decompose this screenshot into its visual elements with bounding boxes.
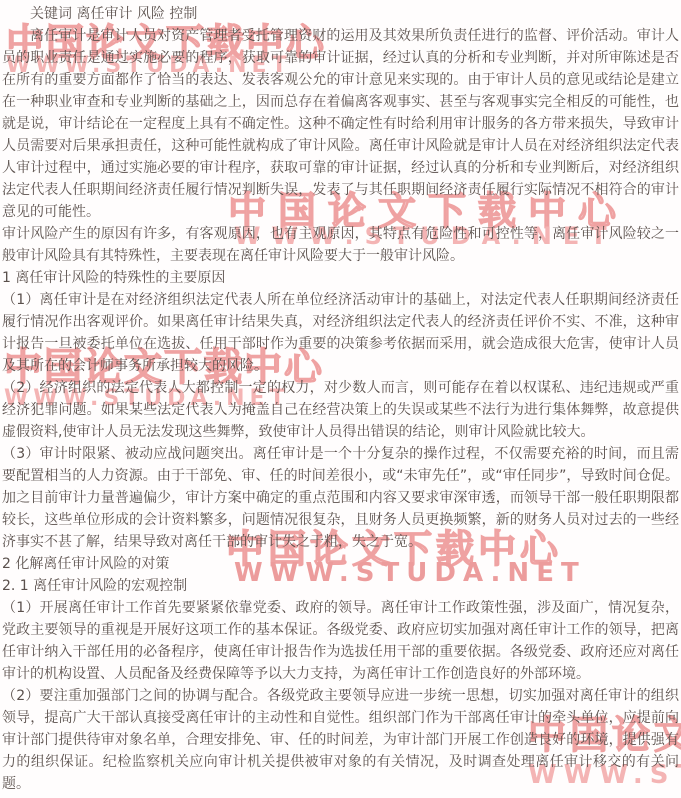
article-body: 关键词 离任审计 风险 控制 离任审计是审计人员对资产管理者受托管理资财的运用及… <box>0 0 681 795</box>
keywords-line: 关键词 离任审计 风险 控制 <box>2 3 679 25</box>
section-1-item-3: （3）审计时限紧、被动应战问题突出。离任审计是一个十分复杂的操作过程，不仅需要充… <box>2 443 679 553</box>
intro-paragraph: 离任审计是审计人员对资产管理者受托管理资财的运用及其效果所负责任进行的监督、评价… <box>2 25 679 223</box>
risk-cause-paragraph: 审计风险产生的原因有许多，有客观原因，也有主观原因，其特点有危险性和可控性等，离… <box>2 223 679 267</box>
article-page: 中国论文下载中心 WWW.STUDA.NET 中国论文下载中心 WWW.STUD… <box>0 0 681 798</box>
section-1-item-1: （1）离任审计是在对经济组织法定代表人所在单位经济活动审计的基础上，对法定代表人… <box>2 289 679 377</box>
section-2-1-item-1: （1）开展离任审计工作首先要紧紧依靠党委、政府的领导。离任审计工作政策性强，涉及… <box>2 597 679 685</box>
section-1-item-2: （2）经济组织的法定代表人大都控制一定的权力，对少数人而言，则可能存在着以权谋私… <box>2 377 679 443</box>
section-2-1-heading: 2. 1 离任审计风险的宏观控制 <box>2 575 679 597</box>
section-2-1-item-2: （2）要注重加强部门之间的协调与配合。各级党政主要领导应进一步统一思想，切实加强… <box>2 685 679 795</box>
section-2-heading: 2 化解离任审计风险的对策 <box>2 553 679 575</box>
section-1-heading: 1 离任审计风险的特殊性的主要原因 <box>2 267 679 289</box>
